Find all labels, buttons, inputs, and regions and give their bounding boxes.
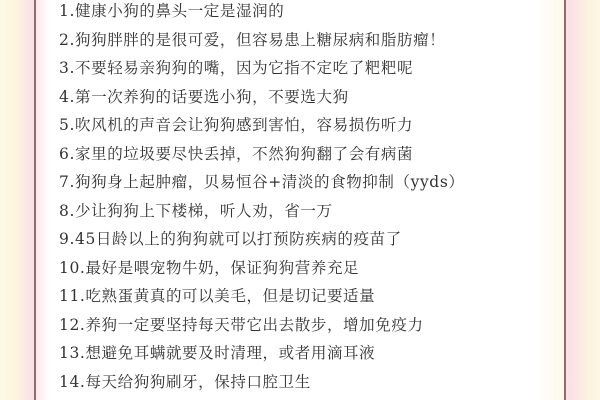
tip-item-8: 8.少让狗狗上下楼梯，听人劝，省一万	[59, 197, 464, 226]
tip-number: 10.	[59, 259, 85, 277]
tip-text: 狗狗身上起肿瘤，贝易恒谷+清淡的食物抑制（yyds）	[75, 173, 464, 191]
right-decorative-stripe	[565, 0, 600, 400]
tip-number: 12.	[59, 316, 85, 334]
tip-item-2: 2.狗狗胖胖的是很可爱，但容易患上糖尿病和脂肪瘤！	[59, 26, 464, 55]
tip-number: 5.	[59, 116, 75, 134]
tip-item-1: 1.健康小狗的鼻头一定是湿润的	[59, 0, 464, 26]
tip-text: 45日龄以上的狗狗就可以打预防疾病的疫苗了	[75, 230, 402, 248]
tip-text: 家里的垃圾要尽快丢掉，不然狗狗翻了会有病菌	[75, 145, 413, 163]
tip-item-5: 5.吹风机的声音会让狗狗感到害怕，容易损伤听力	[59, 111, 464, 140]
tip-number: 8.	[59, 202, 75, 220]
tip-number: 2.	[59, 31, 75, 49]
tip-number: 1.	[59, 2, 75, 20]
left-border-line	[34, 0, 36, 400]
tip-number: 11.	[59, 287, 85, 305]
tip-text: 狗狗胖胖的是很可爱，但容易患上糖尿病和脂肪瘤！	[75, 31, 445, 49]
tip-text: 想避免耳螨就要及时清理，或者用滴耳液	[85, 344, 375, 362]
right-border-line	[564, 0, 566, 400]
tip-item-10: 10.最好是喂宠物牛奶，保证狗狗营养充足	[59, 254, 464, 283]
tip-number: 7.	[59, 173, 75, 191]
tip-text: 每天给狗狗刷牙，保持口腔卫生	[85, 373, 310, 391]
tip-item-12: 12.养狗一定要坚持每天带它出去散步，增加免疫力	[59, 311, 464, 340]
tip-text: 不要轻易亲狗狗的嘴，因为它指不定吃了粑粑呢	[75, 59, 413, 77]
tip-item-11: 11.吃熟蛋黄真的可以美毛，但是切记要适量	[59, 282, 464, 311]
tip-number: 9.	[59, 230, 75, 248]
tip-item-7: 7.狗狗身上起肿瘤，贝易恒谷+清淡的食物抑制（yyds）	[59, 168, 464, 197]
tip-text: 吹风机的声音会让狗狗感到害怕，容易损伤听力	[75, 116, 413, 134]
tip-text: 吃熟蛋黄真的可以美毛，但是切记要适量	[85, 287, 375, 305]
tip-text: 健康小狗的鼻头一定是湿润的	[75, 2, 284, 20]
tip-number: 14.	[59, 373, 85, 391]
tip-number: 6.	[59, 145, 75, 163]
tip-number: 3.	[59, 59, 75, 77]
tip-number: 13.	[59, 344, 85, 362]
tip-item-9: 9.45日龄以上的狗狗就可以打预防疾病的疫苗了	[59, 225, 464, 254]
dog-care-tips-list: 1.健康小狗的鼻头一定是湿润的 2.狗狗胖胖的是很可爱，但容易患上糖尿病和脂肪瘤…	[59, 0, 464, 396]
tip-item-13: 13.想避免耳螨就要及时清理，或者用滴耳液	[59, 339, 464, 368]
tip-item-6: 6.家里的垃圾要尽快丢掉，不然狗狗翻了会有病菌	[59, 140, 464, 169]
tip-text: 第一次养狗的话要选小狗，不要选大狗	[75, 88, 349, 106]
tip-text: 养狗一定要坚持每天带它出去散步，增加免疫力	[85, 316, 423, 334]
tip-item-4: 4.第一次养狗的话要选小狗，不要选大狗	[59, 83, 464, 112]
tip-text: 最好是喂宠物牛奶，保证狗狗营养充足	[85, 259, 359, 277]
tip-item-14: 14.每天给狗狗刷牙，保持口腔卫生	[59, 368, 464, 397]
tip-text: 少让狗狗上下楼梯，听人劝，省一万	[75, 202, 333, 220]
tip-item-3: 3.不要轻易亲狗狗的嘴，因为它指不定吃了粑粑呢	[59, 54, 464, 83]
tip-number: 4.	[59, 88, 75, 106]
left-decorative-stripe	[0, 0, 34, 400]
